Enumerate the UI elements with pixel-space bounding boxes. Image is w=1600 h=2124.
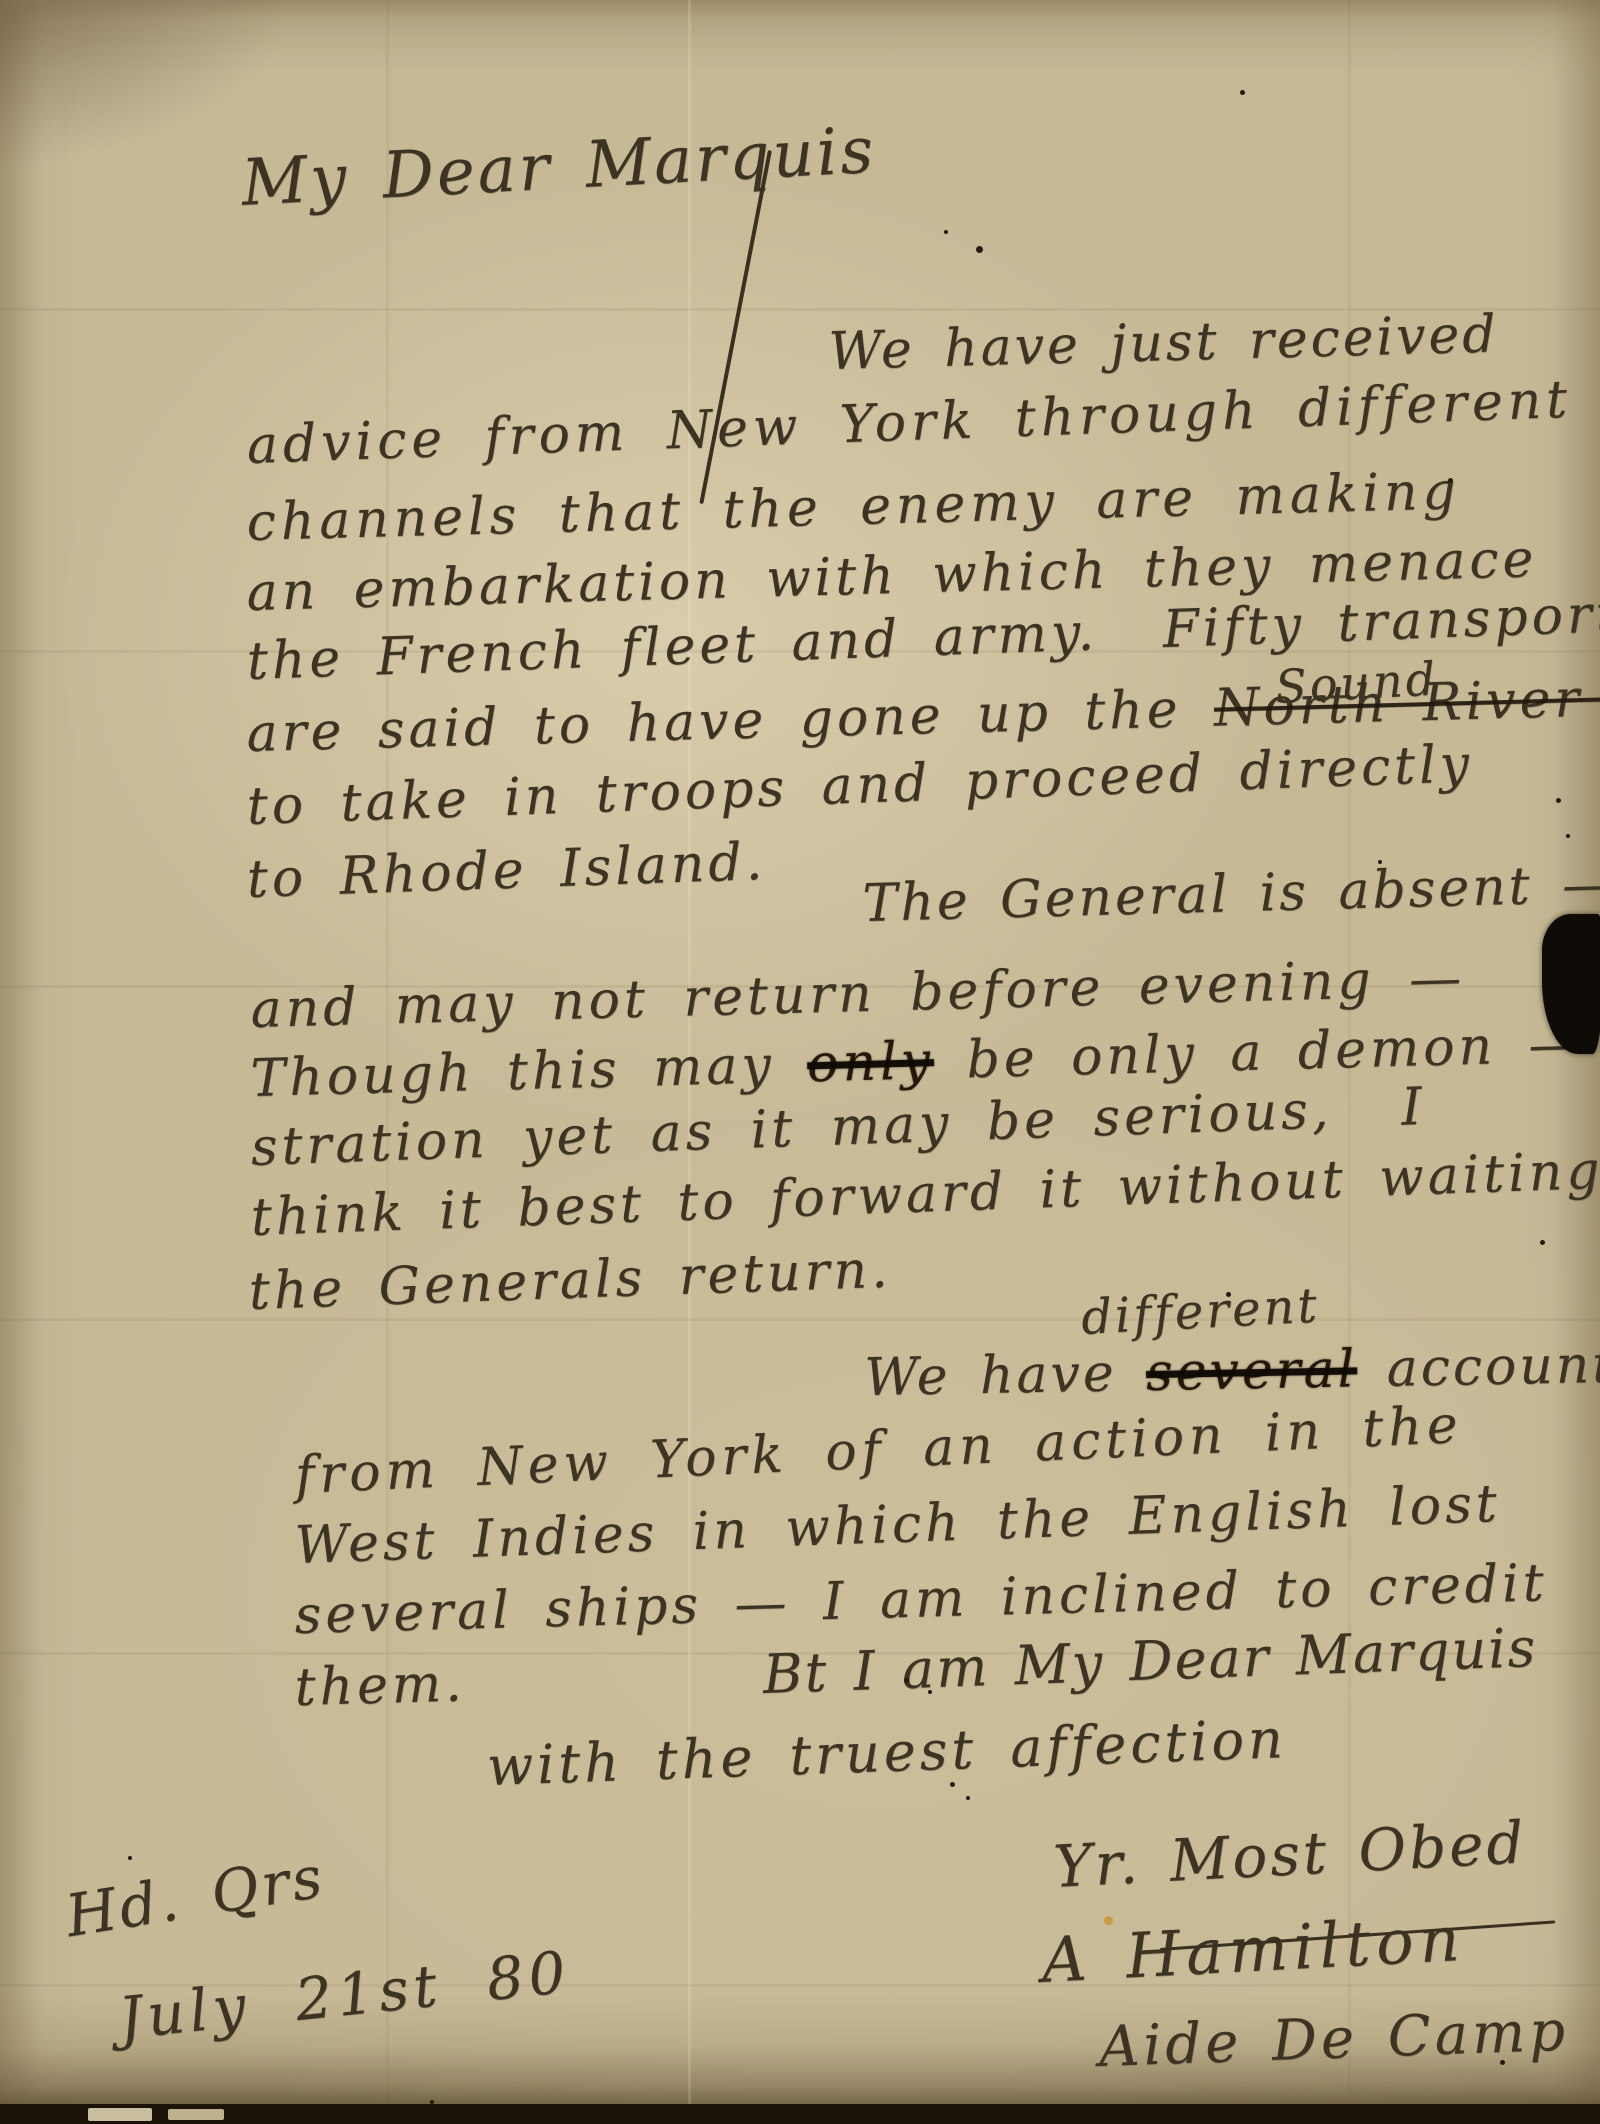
signature-flourish-stroke bbox=[1160, 1920, 1555, 1951]
letter-scan: My Dear MarquisWe have just receivedadvi… bbox=[0, 0, 1600, 2124]
ink-speck bbox=[1378, 860, 1382, 864]
ink-speck bbox=[128, 1856, 132, 1860]
ink-speck bbox=[1448, 478, 1453, 483]
ink-speck bbox=[966, 1796, 970, 1800]
ink-speck bbox=[928, 1690, 932, 1694]
salutation-flourish-stroke bbox=[699, 150, 772, 504]
ink-speck bbox=[1226, 1292, 1231, 1297]
ink-speck bbox=[1540, 1240, 1545, 1245]
ink-speck bbox=[944, 230, 948, 234]
ink-speck bbox=[976, 246, 983, 253]
ink-speck bbox=[1566, 834, 1570, 838]
ink-speck bbox=[950, 1782, 955, 1787]
ink-speck bbox=[1500, 2060, 1505, 2065]
stain-speck bbox=[1104, 1916, 1113, 1925]
bottom-edge-shadow bbox=[0, 2104, 1600, 2124]
ink-speck bbox=[1556, 798, 1561, 803]
ink-blot bbox=[1542, 914, 1600, 1054]
marks-layer bbox=[0, 0, 1600, 2124]
ink-speck bbox=[904, 1678, 909, 1683]
ink-speck bbox=[1240, 90, 1245, 95]
